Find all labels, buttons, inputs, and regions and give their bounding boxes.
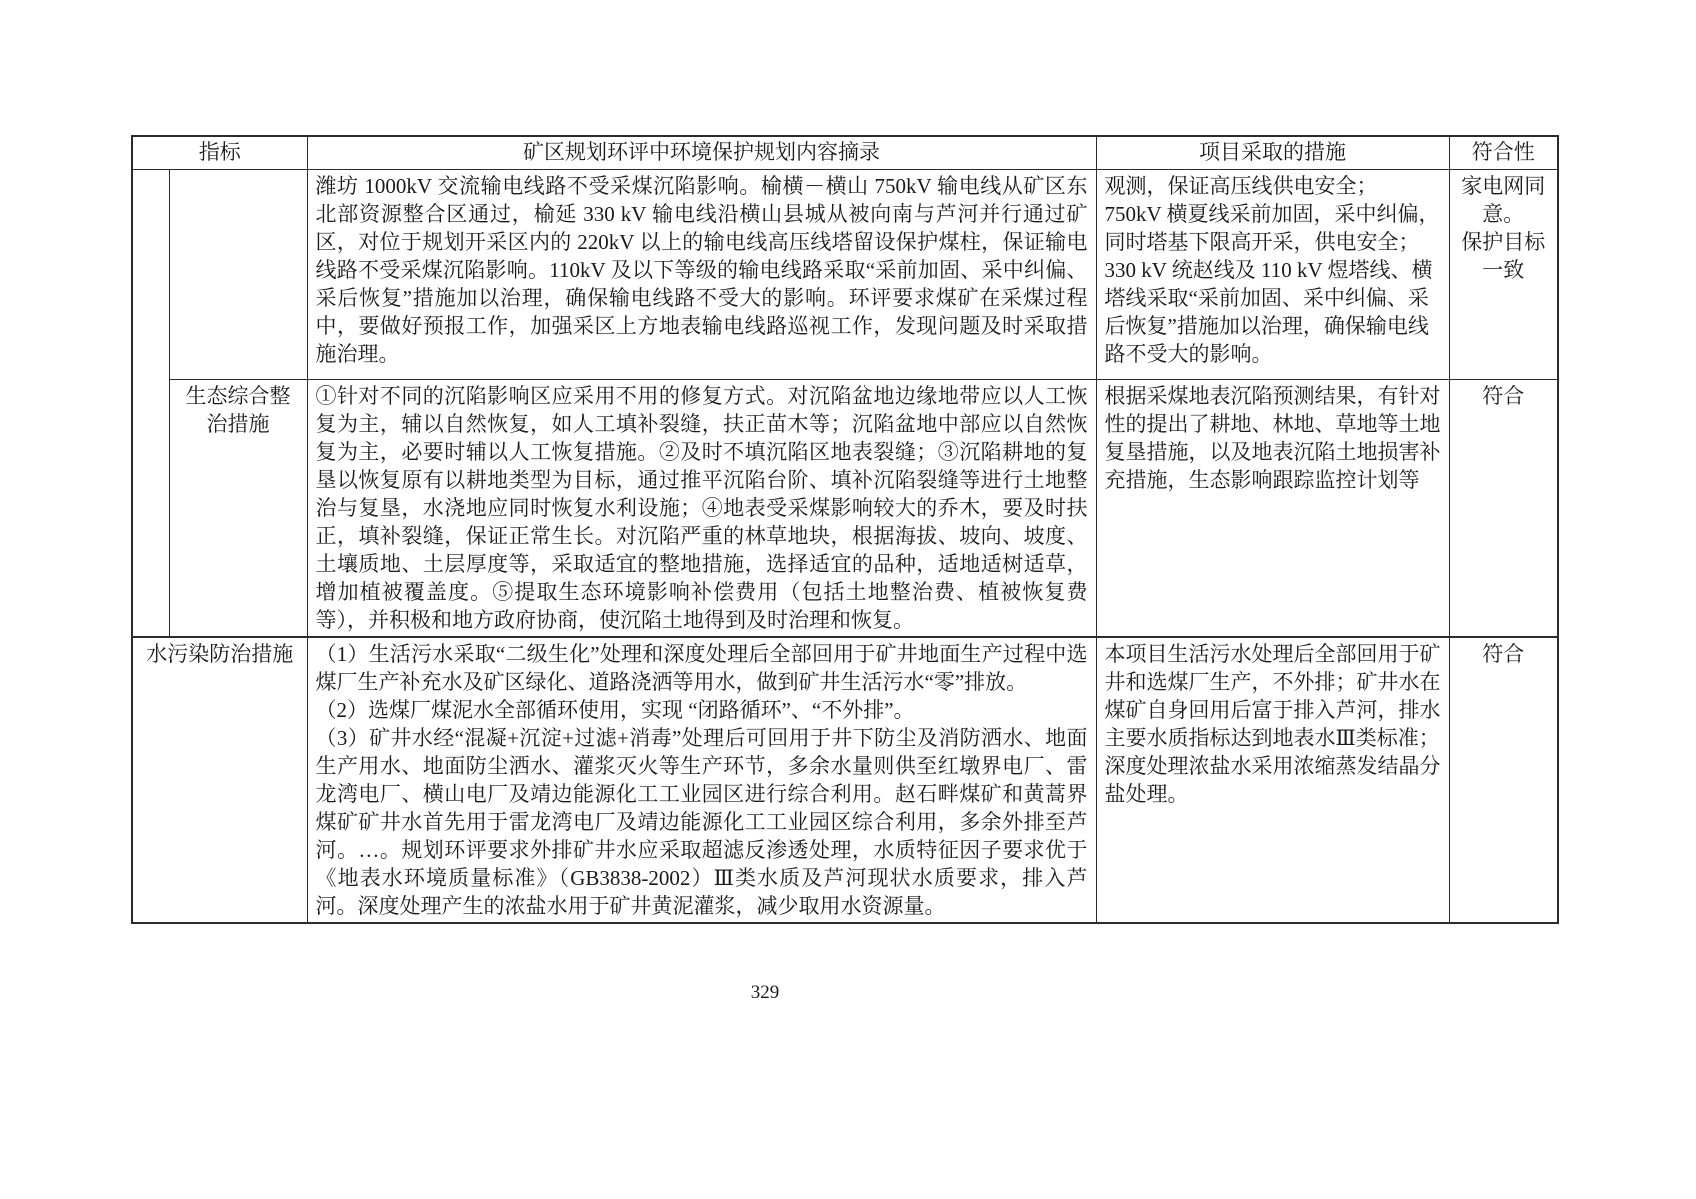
measures-cell-water: 本项目生活污水处理后全部回用于矿井和选煤厂生产，不外排；矿井水在煤矿自身回用后富…: [1096, 637, 1449, 923]
indicator-cell-empty: [169, 169, 307, 379]
excerpt-cell-water: （1）生活污水采取“二级生化”处理和深度处理后全部回用于矿井地面生产过程中选煤厂…: [307, 637, 1096, 923]
indicator-cell-water: 水污染防治措施: [132, 637, 307, 923]
table-row-ecology: 生态综合整治措施 ①针对不同的沉陷影响区应采用不用的修复方式。对沉陷盆地边缘地带…: [132, 379, 1558, 637]
indicator-group-spacer-cell: [132, 169, 169, 637]
table-row-water: 水污染防治措施 （1）生活污水采取“二级生化”处理和深度处理后全部回用于矿井地面…: [132, 637, 1558, 923]
header-excerpt: 矿区规划环评中环境保护规划内容摘录: [307, 136, 1096, 169]
compliance-table: 指标 矿区规划环评中环境保护规划内容摘录 项目采取的措施 符合性 潍坊 1000…: [131, 135, 1559, 924]
excerpt-cell-ecology: ①针对不同的沉陷影响区应采用不用的修复方式。对沉陷盆地边缘地带应以人工恢复为主，…: [307, 379, 1096, 637]
compliance-cell-water: 符合: [1449, 637, 1558, 923]
compliance-cell-powerlines: 家电网同意。 保护目标一致: [1449, 169, 1558, 379]
document-page: 指标 矿区规划环评中环境保护规划内容摘录 项目采取的措施 符合性 潍坊 1000…: [0, 0, 1696, 1199]
table-row-powerlines: 潍坊 1000kV 交流输电线路不受采煤沉陷影响。榆横－横山 750kV 输电线…: [132, 169, 1558, 379]
excerpt-cell-powerlines: 潍坊 1000kV 交流输电线路不受采煤沉陷影响。榆横－横山 750kV 输电线…: [307, 169, 1096, 379]
header-indicator: 指标: [132, 136, 307, 169]
header-measures: 项目采取的措施: [1096, 136, 1449, 169]
page-number: 329: [0, 982, 1530, 1004]
header-compliance: 符合性: [1449, 136, 1558, 169]
table-header-row: 指标 矿区规划环评中环境保护规划内容摘录 项目采取的措施 符合性: [132, 136, 1558, 169]
indicator-cell-ecology: 生态综合整治措施: [169, 379, 307, 637]
compliance-cell-ecology: 符合: [1449, 379, 1558, 637]
measures-cell-ecology: 根据采煤地表沉陷预测结果，有针对性的提出了耕地、林地、草地等土地复垦措施，以及地…: [1096, 379, 1449, 637]
measures-cell-powerlines: 观测，保证高压线供电安全； 750kV 横夏线采前加固，采中纠偏，同时塔基下限高…: [1096, 169, 1449, 379]
